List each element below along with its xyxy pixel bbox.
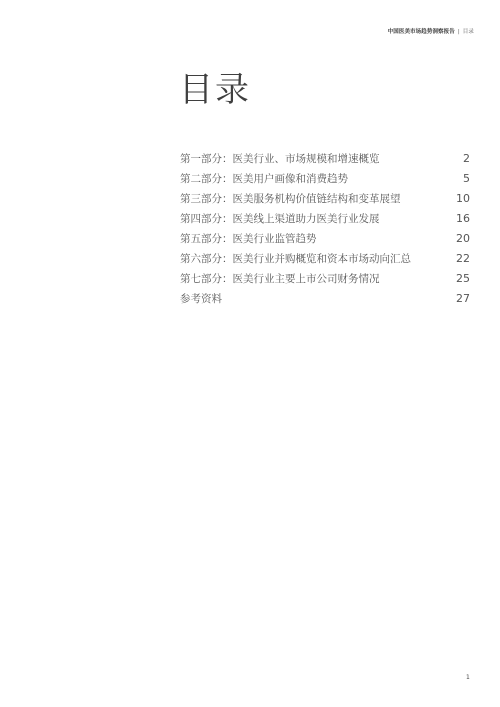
toc-entry-label: 第四部分：医美线上渠道助力医美行业发展 (180, 211, 380, 226)
report-title: 中国医美市场趋势洞察报告 (388, 29, 455, 35)
toc-entry-label: 第一部分：医美行业、市场规模和增速概览 (180, 151, 380, 166)
page-title: 目录 (179, 73, 251, 107)
toc-entry-page: 5 (450, 172, 470, 185)
table-of-contents: 第一部分：医美行业、市场规模和增速概览 2 第二部分：医美用户画像和消费趋势 5… (180, 148, 470, 308)
toc-entry-part-1[interactable]: 第一部分：医美行业、市场规模和增速概览 2 (180, 148, 470, 168)
toc-entry-part-3[interactable]: 第三部分：医美服务机构价值链结构和变革展望 10 (180, 188, 470, 208)
toc-entry-label: 第六部分：医美行业并购概览和资本市场动向汇总 (180, 251, 411, 266)
toc-entry-page: 10 (450, 192, 470, 205)
header-section: 目录 (463, 29, 474, 35)
toc-entry-label: 第五部分：医美行业监管趋势 (180, 231, 317, 246)
document-page: 中国医美市场趋势洞察报告|目录 目录 第一部分：医美行业、市场规模和增速概览 2… (0, 0, 500, 707)
toc-entry-part-6[interactable]: 第六部分：医美行业并购概览和资本市场动向汇总 22 (180, 248, 470, 268)
running-header: 中国医美市场趋势洞察报告|目录 (388, 27, 474, 35)
toc-entry-page: 2 (450, 152, 470, 165)
toc-entry-part-7[interactable]: 第七部分：医美行业主要上市公司财务情况 25 (180, 268, 470, 288)
toc-entry-label: 第二部分：医美用户画像和消费趋势 (180, 171, 348, 186)
toc-entry-part-2[interactable]: 第二部分：医美用户画像和消费趋势 5 (180, 168, 470, 188)
toc-entry-references[interactable]: 参考资料 27 (180, 288, 470, 308)
toc-entry-page: 25 (450, 272, 470, 285)
header-separator: | (458, 29, 460, 35)
page-number: 1 (466, 674, 470, 681)
toc-entry-label: 参考资料 (180, 291, 222, 306)
toc-entry-part-4[interactable]: 第四部分：医美线上渠道助力医美行业发展 16 (180, 208, 470, 228)
toc-entry-page: 20 (450, 232, 470, 245)
toc-entry-page: 16 (450, 212, 470, 225)
toc-entry-part-5[interactable]: 第五部分：医美行业监管趋势 20 (180, 228, 470, 248)
toc-entry-page: 27 (450, 292, 470, 305)
toc-entry-label: 第三部分：医美服务机构价值链结构和变革展望 (180, 191, 401, 206)
toc-entry-page: 22 (450, 252, 470, 265)
toc-entry-label: 第七部分：医美行业主要上市公司财务情况 (180, 271, 380, 286)
